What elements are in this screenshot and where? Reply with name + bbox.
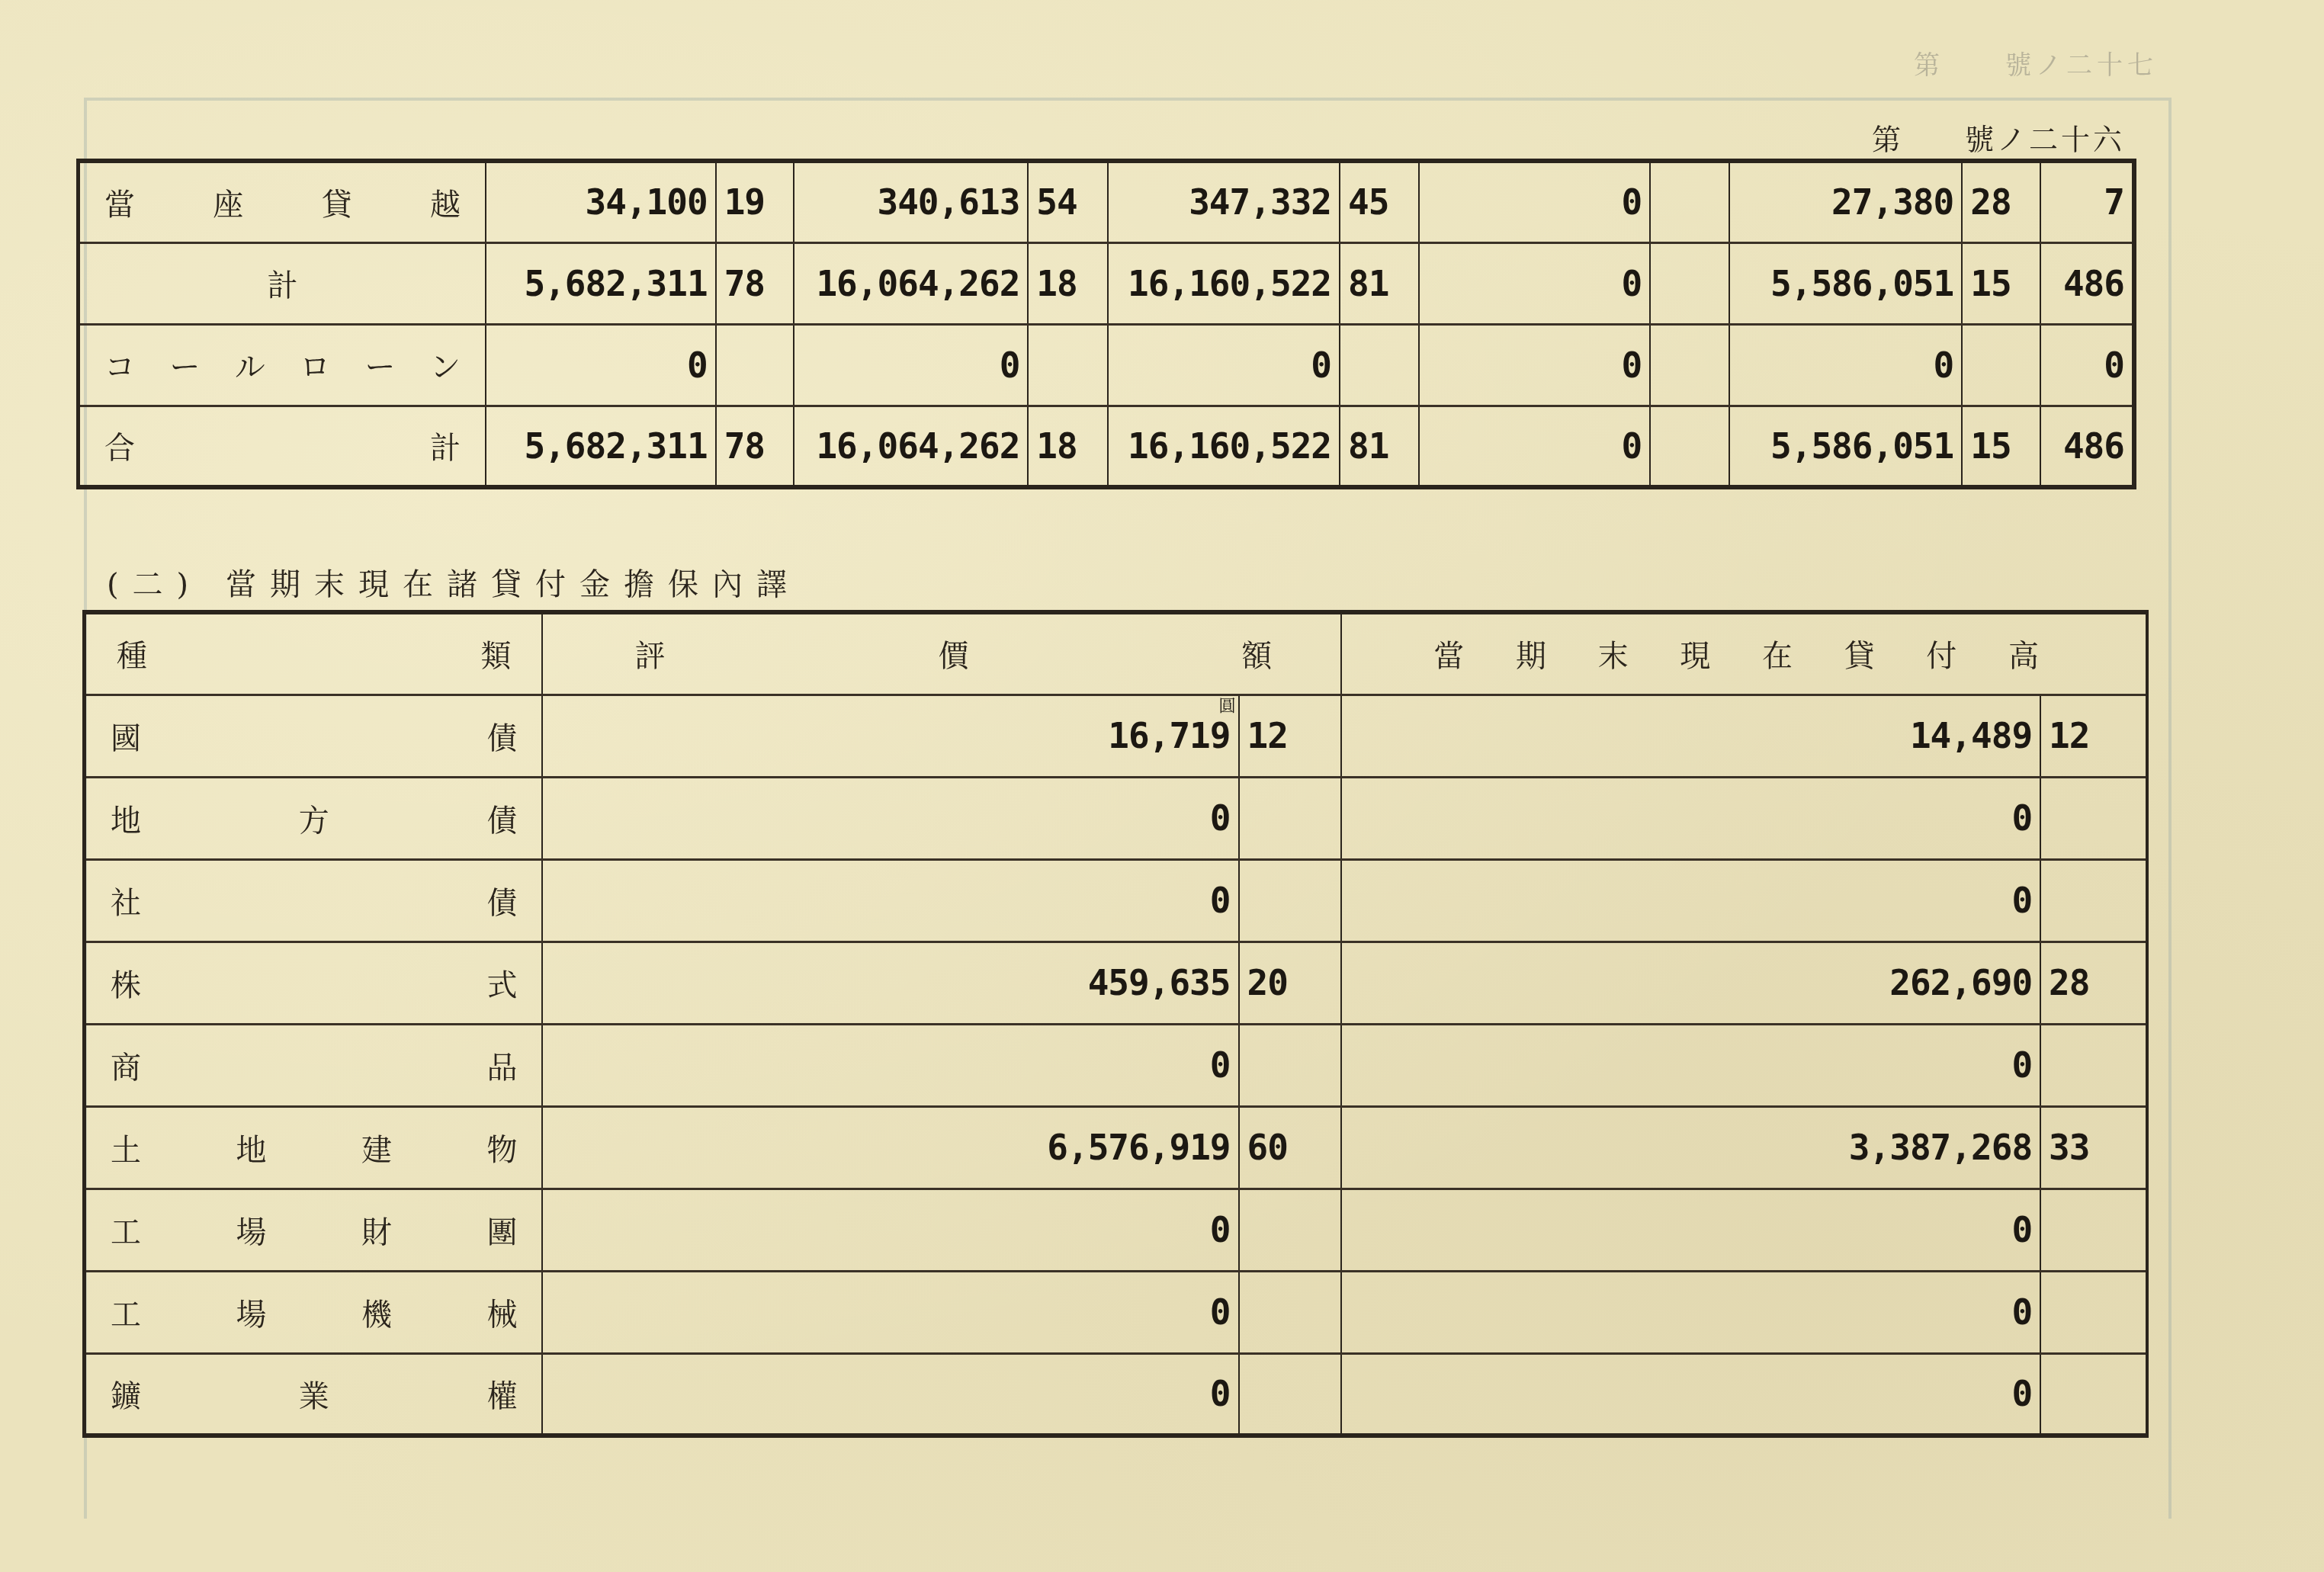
balance-sen xyxy=(2040,859,2147,942)
value-cell-c3s xyxy=(1340,324,1419,406)
row-label: 合計 xyxy=(88,424,477,467)
label-char: 建 xyxy=(361,1126,392,1169)
label-char: ー xyxy=(365,343,396,387)
value-cell-c4s xyxy=(1650,242,1729,324)
header-char: 末 xyxy=(1598,632,1629,675)
table-row: 社債00 xyxy=(85,859,2148,942)
label-char: 地 xyxy=(111,797,141,840)
value-cell-c1: 5,682,311 xyxy=(486,406,716,487)
table-row: 商品00 xyxy=(85,1024,2148,1106)
value-cell-c5s: 28 xyxy=(1962,161,2040,242)
table-row: 土地建物6,576,919603,387,26833 xyxy=(85,1106,2148,1189)
row-label: 工場機械 xyxy=(94,1291,534,1334)
row-label-cell: 社債 xyxy=(85,859,543,942)
row-label: 工場財團 xyxy=(94,1208,534,1252)
balance-amount: 0 xyxy=(1341,1353,2040,1436)
balance-sen xyxy=(2040,1271,2147,1353)
row-label: 商品 xyxy=(94,1044,534,1087)
row-label: 鑛業權 xyxy=(94,1372,534,1416)
label-char: 場 xyxy=(236,1291,266,1334)
label-char: 工 xyxy=(111,1208,141,1252)
value-cell-c1s xyxy=(716,324,794,406)
label-char: 機 xyxy=(361,1291,392,1334)
label-char: 株 xyxy=(111,961,141,1005)
table-row: 工場機械00 xyxy=(85,1271,2148,1353)
table-row: 當座貸越34,10019340,61354347,33245027,380287 xyxy=(79,161,2135,242)
row-label: 當座貸越 xyxy=(88,181,477,224)
table-row: 鑛業權00 xyxy=(85,1353,2148,1436)
value-cell-c1: 34,100 xyxy=(486,161,716,242)
balance-amount: 262,690 xyxy=(1341,942,2040,1024)
label-char: ー xyxy=(169,343,200,387)
table-row: 計5,682,3117816,064,2621816,160,5228105,5… xyxy=(79,242,2135,324)
valuation-sen: 12 xyxy=(1239,695,1342,777)
table-row: 國債16,719圓1214,48912 xyxy=(85,695,2148,777)
row-label-cell: 當座貸越 xyxy=(79,161,486,242)
value-cell-c3: 347,332 xyxy=(1108,161,1340,242)
label-char: 社 xyxy=(111,879,141,922)
header-char: 價 xyxy=(938,632,968,675)
label-char: 債 xyxy=(486,879,517,922)
row-label-cell: コールローン xyxy=(79,324,486,406)
valuation-amount: 0 xyxy=(542,1353,1238,1436)
header-char: 額 xyxy=(1241,632,1272,675)
label-char: 物 xyxy=(486,1126,517,1169)
row-label: 社債 xyxy=(94,879,534,922)
label-char: 團 xyxy=(486,1208,517,1252)
row-label-cell: 地方債 xyxy=(85,777,543,859)
balance-sen: 28 xyxy=(2040,942,2147,1024)
balance-sen: 33 xyxy=(2040,1106,2147,1189)
value-cell-c1s: 19 xyxy=(716,161,794,242)
header-char: 種 xyxy=(117,632,147,675)
valuation-amount: 0 xyxy=(542,859,1238,942)
row-label: コールローン xyxy=(88,343,477,387)
value-cell-c1s: 78 xyxy=(716,242,794,324)
valuation-amount: 16,719圓 xyxy=(542,695,1238,777)
value-cell-c3s: 45 xyxy=(1340,161,1419,242)
balance-sen xyxy=(2040,1189,2147,1271)
value-cell-c6: 0 xyxy=(2040,324,2134,406)
header-char: 在 xyxy=(1762,632,1793,675)
value-cell-c3: 16,160,522 xyxy=(1108,242,1340,324)
label-char: 越 xyxy=(430,181,461,224)
row-label-cell: 商品 xyxy=(85,1024,543,1106)
value-cell-c3s: 81 xyxy=(1340,406,1419,487)
loan-summary-table: 當座貸越34,10019340,61354347,33245027,380287… xyxy=(76,159,2136,489)
header-type: 種類 xyxy=(85,612,543,695)
table-row: 株式459,63520262,69028 xyxy=(85,942,2148,1024)
valuation-amount: 459,635 xyxy=(542,942,1238,1024)
header-balance: 當期末現在貸付高 xyxy=(1341,612,2147,695)
bleed-through-header: 第 號ノ二十七 xyxy=(1914,44,2158,82)
value-cell-c4s xyxy=(1650,324,1729,406)
value-cell-c6: 486 xyxy=(2040,242,2134,324)
value-cell-c1: 0 xyxy=(486,324,716,406)
label-char: ル xyxy=(235,343,265,387)
page-header-number: 號ノ二十六 xyxy=(1965,123,2125,156)
label-char: 鑛 xyxy=(111,1372,141,1416)
balance-amount: 0 xyxy=(1341,859,2040,942)
table-row: 工場財團00 xyxy=(85,1189,2148,1271)
label-char: 土 xyxy=(111,1126,141,1169)
page-header-prefix: 第 xyxy=(1872,123,1904,156)
balance-sen: 12 xyxy=(2040,695,2147,777)
page-header: 第號ノ二十六 xyxy=(1872,116,2125,158)
value-cell-c3: 16,160,522 xyxy=(1108,406,1340,487)
value-cell-c2s: 18 xyxy=(1028,406,1108,487)
header-char: 現 xyxy=(1680,632,1710,675)
balance-amount: 3,387,268 xyxy=(1341,1106,2040,1189)
header-char: 高 xyxy=(2008,632,2039,675)
label-char: 方 xyxy=(299,797,329,840)
row-label-cell: 工場機械 xyxy=(85,1271,543,1353)
balance-amount: 0 xyxy=(1341,1024,2040,1106)
valuation-amount: 0 xyxy=(542,1271,1238,1353)
collateral-breakdown-table: 種類 評價額 當期末現在貸付高 國債16,719圓1214,48912地方債00… xyxy=(82,610,2149,1438)
valuation-amount: 0 xyxy=(542,777,1238,859)
valuation-sen xyxy=(1239,1024,1342,1106)
value-cell-c2s: 18 xyxy=(1028,242,1108,324)
row-label-cell: 鑛業權 xyxy=(85,1353,543,1436)
value-cell-c6: 7 xyxy=(2040,161,2134,242)
header-char: 付 xyxy=(1926,632,1956,675)
label-char: 業 xyxy=(299,1372,329,1416)
balance-sen xyxy=(2040,1024,2147,1106)
label-char: 械 xyxy=(486,1291,517,1334)
label-char: 計 xyxy=(430,424,461,467)
header-char: 當 xyxy=(1433,632,1464,675)
value-cell-c2s: 54 xyxy=(1028,161,1108,242)
header-row: 種類 評價額 當期末現在貸付高 xyxy=(85,612,2148,695)
value-cell-c2: 16,064,262 xyxy=(794,242,1028,324)
label-char: 當 xyxy=(104,181,135,224)
valuation-sen xyxy=(1239,1353,1342,1436)
row-label: 株式 xyxy=(94,961,534,1005)
label-char: 計 xyxy=(267,261,297,305)
value-cell-c5s: 15 xyxy=(1962,242,2040,324)
value-cell-c4s xyxy=(1650,406,1729,487)
value-cell-c1s: 78 xyxy=(716,406,794,487)
table-row: 地方債00 xyxy=(85,777,2148,859)
balance-amount: 14,489 xyxy=(1341,695,2040,777)
value-cell-c5s xyxy=(1962,324,2040,406)
label-char: 合 xyxy=(104,424,135,467)
label-char: ン xyxy=(430,343,461,387)
label-char: 地 xyxy=(236,1126,266,1169)
value-cell-c6: 486 xyxy=(2040,406,2134,487)
header-char: 評 xyxy=(634,632,665,675)
value-cell-c4: 0 xyxy=(1419,324,1650,406)
value-cell-c4: 0 xyxy=(1419,242,1650,324)
value-cell-c5s: 15 xyxy=(1962,406,2040,487)
balance-amount: 0 xyxy=(1341,777,2040,859)
header-valuation: 評價額 xyxy=(542,612,1341,695)
value-cell-c5: 27,380 xyxy=(1729,161,1963,242)
value-cell-c2s xyxy=(1028,324,1108,406)
label-char: 座 xyxy=(213,181,243,224)
row-label: 地方債 xyxy=(94,797,534,840)
valuation-amount: 0 xyxy=(542,1024,1238,1106)
label-char: 式 xyxy=(486,961,517,1005)
row-label-cell: 國債 xyxy=(85,695,543,777)
label-char: 財 xyxy=(361,1208,392,1252)
value-cell-c5: 5,586,051 xyxy=(1729,242,1963,324)
row-label: 計 xyxy=(88,261,477,305)
valuation-sen xyxy=(1239,859,1342,942)
value-cell-c2: 0 xyxy=(794,324,1028,406)
value-cell-c2: 340,613 xyxy=(794,161,1028,242)
value-cell-c2: 16,064,262 xyxy=(794,406,1028,487)
row-label: 土地建物 xyxy=(94,1126,534,1169)
valuation-sen xyxy=(1239,1271,1342,1353)
label-char: 商 xyxy=(111,1044,141,1087)
valuation-sen xyxy=(1239,1189,1342,1271)
label-char: 品 xyxy=(486,1044,517,1087)
balance-sen xyxy=(2040,777,2147,859)
header-char: 貸 xyxy=(1844,632,1875,675)
value-cell-c4: 0 xyxy=(1419,161,1650,242)
row-label-cell: 工場財團 xyxy=(85,1189,543,1271)
valuation-sen: 20 xyxy=(1239,942,1342,1024)
value-cell-c4: 0 xyxy=(1419,406,1650,487)
label-char: 債 xyxy=(486,797,517,840)
label-char: 貸 xyxy=(322,181,352,224)
header-char: 期 xyxy=(1516,632,1546,675)
label-char: 債 xyxy=(486,714,517,758)
valuation-sen: 60 xyxy=(1239,1106,1342,1189)
row-label-cell: 土地建物 xyxy=(85,1106,543,1189)
row-label-cell: 合計 xyxy=(79,406,486,487)
table-row: 合計5,682,3117816,064,2621816,160,5228105,… xyxy=(79,406,2135,487)
row-label-cell: 計 xyxy=(79,242,486,324)
value-cell-c3s: 81 xyxy=(1340,242,1419,324)
row-label-cell: 株式 xyxy=(85,942,543,1024)
valuation-amount: 0 xyxy=(542,1189,1238,1271)
value-cell-c5: 5,586,051 xyxy=(1729,406,1963,487)
section-title: (二) 當期末現在諸貸付金擔保內譯 xyxy=(107,560,801,604)
label-char: 場 xyxy=(236,1208,266,1252)
row-label: 國債 xyxy=(94,714,534,758)
valuation-sen xyxy=(1239,777,1342,859)
value-cell-c3: 0 xyxy=(1108,324,1340,406)
value-cell-c1: 5,682,311 xyxy=(486,242,716,324)
balance-sen xyxy=(2040,1353,2147,1436)
value-cell-c4s xyxy=(1650,161,1729,242)
label-char: 權 xyxy=(486,1372,517,1416)
unit-label: 圓 xyxy=(1219,693,1235,717)
label-char: 國 xyxy=(111,714,141,758)
label-char: コ xyxy=(104,343,135,387)
label-char: ロ xyxy=(300,343,330,387)
balance-amount: 0 xyxy=(1341,1189,2040,1271)
value-cell-c5: 0 xyxy=(1729,324,1963,406)
label-char: 工 xyxy=(111,1291,141,1334)
valuation-amount: 6,576,919 xyxy=(542,1106,1238,1189)
table-row: コールローン000000 xyxy=(79,324,2135,406)
balance-amount: 0 xyxy=(1341,1271,2040,1353)
header-char: 類 xyxy=(480,632,511,675)
